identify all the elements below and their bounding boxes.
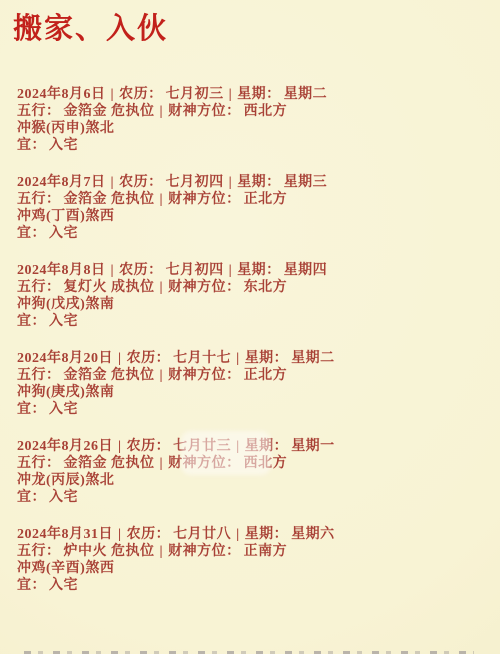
pipe-separator: |	[160, 544, 164, 559]
lunar-value: 七月十七	[173, 351, 231, 366]
yi-value: 入宅	[49, 138, 78, 153]
week-value: 星期二	[284, 87, 328, 102]
entry-date: 2024年8月6日	[17, 87, 106, 102]
entry-chong-line: 冲猴(丙申)煞北	[17, 120, 327, 137]
entry-date-line: 2024年8月6日|农历：七月初三|星期：星期二	[17, 86, 327, 103]
entry-date: 2024年8月20日	[17, 351, 113, 366]
caishen-value: 正南方	[244, 544, 288, 559]
week-value: 星期三	[284, 175, 328, 190]
caishen-value: 正北方	[244, 192, 288, 207]
pipe-separator: |	[160, 104, 164, 119]
entry-date: 2024年8月7日	[17, 175, 106, 190]
pipe-separator: |	[236, 439, 240, 454]
caishen-label: 财神方位：	[168, 456, 241, 471]
pipe-separator: |	[236, 351, 240, 366]
pipe-separator: |	[160, 280, 164, 295]
lunar-label: 农历：	[119, 175, 163, 190]
week-label: 星期：	[237, 263, 281, 278]
caishen-label: 财神方位：	[168, 192, 241, 207]
wuxing-value: 炉中火 危执位	[64, 544, 155, 559]
almanac-entry: 2024年8月6日|农历：七月初三|星期：星期二 五行：金箔金 危执位|财神方位…	[17, 86, 327, 154]
caishen-value: 西北方	[244, 104, 288, 119]
entry-yi-line: 宜：入宅	[17, 577, 335, 594]
lunar-value: 七月廿三	[173, 439, 231, 454]
entry-date: 2024年8月31日	[17, 527, 113, 542]
week-label: 星期：	[237, 175, 281, 190]
week-value: 星期二	[291, 351, 335, 366]
pipe-separator: |	[111, 87, 115, 102]
almanac-entry: 2024年8月8日|农历：七月初四|星期：星期四 五行：复灯火 成执位|财神方位…	[17, 262, 327, 330]
entry-wuxing-line: 五行：金箔金 危执位|财神方位：正北方	[17, 191, 327, 208]
lunar-value: 七月初四	[166, 263, 224, 278]
entry-chong-line: 冲鸡(丁酉)煞西	[17, 208, 327, 225]
almanac-entry: 2024年8月7日|农历：七月初四|星期：星期三 五行：金箔金 危执位|财神方位…	[17, 174, 327, 242]
entry-date-line: 2024年8月20日|农历：七月十七|星期：星期二	[17, 350, 335, 367]
caishen-value: 西北方	[244, 456, 288, 471]
entry-chong-line: 冲狗(戊戌)煞南	[17, 296, 327, 313]
wuxing-value: 金箔金 危执位	[64, 104, 155, 119]
caishen-label: 财神方位：	[168, 104, 241, 119]
entry-yi-line: 宜：入宅	[17, 313, 327, 330]
lunar-value: 七月廿八	[173, 527, 231, 542]
wuxing-value: 金箔金 危执位	[64, 192, 155, 207]
yi-label: 宜：	[17, 314, 46, 329]
caishen-label: 财神方位：	[168, 544, 241, 559]
yi-value: 入宅	[49, 314, 78, 329]
pipe-separator: |	[111, 175, 115, 190]
lunar-label: 农历：	[127, 439, 171, 454]
yi-label: 宜：	[17, 138, 46, 153]
week-label: 星期：	[245, 527, 289, 542]
entry-wuxing-line: 五行：金箔金 危执位|财神方位：西北方	[17, 103, 327, 120]
week-label: 星期：	[237, 87, 281, 102]
lunar-value: 七月初三	[166, 87, 224, 102]
yi-label: 宜：	[17, 490, 46, 505]
entry-wuxing-line: 五行：金箔金 危执位|财神方位：西北方	[17, 455, 335, 472]
yi-value: 入宅	[49, 226, 78, 241]
pipe-separator: |	[160, 456, 164, 471]
wuxing-value: 金箔金 危执位	[64, 368, 155, 383]
entry-wuxing-line: 五行：炉中火 危执位|财神方位：正南方	[17, 543, 335, 560]
entry-date-line: 2024年8月7日|农历：七月初四|星期：星期三	[17, 174, 327, 191]
entry-chong-line: 冲龙(丙辰)煞北	[17, 472, 335, 489]
entry-date-line: 2024年8月26日|农历：七月廿三|星期：星期一	[17, 438, 335, 455]
entry-wuxing-line: 五行：金箔金 危执位|财神方位：正北方	[17, 367, 335, 384]
entry-date: 2024年8月8日	[17, 263, 106, 278]
yi-label: 宜：	[17, 402, 46, 417]
wuxing-value: 复灯火 成执位	[64, 280, 155, 295]
page-title: 搬家、入伙	[13, 12, 168, 47]
almanac-page: 搬家、入伙 2024年8月6日|农历：七月初三|星期：星期二 五行：金箔金 危执…	[0, 0, 500, 654]
pipe-separator: |	[111, 263, 115, 278]
yi-label: 宜：	[17, 226, 46, 241]
entry-date: 2024年8月26日	[17, 439, 113, 454]
yi-value: 入宅	[49, 578, 78, 593]
pipe-separator: |	[118, 439, 122, 454]
week-label: 星期：	[245, 439, 289, 454]
entry-chong-line: 冲狗(庚戌)煞南	[17, 384, 335, 401]
week-label: 星期：	[245, 351, 289, 366]
entry-yi-line: 宜：入宅	[17, 137, 327, 154]
entry-yi-line: 宜：入宅	[17, 489, 335, 506]
wuxing-label: 五行：	[17, 368, 61, 383]
week-value: 星期四	[284, 263, 328, 278]
almanac-entry: 2024年8月31日|农历：七月廿八|星期：星期六 五行：炉中火 危执位|财神方…	[17, 526, 335, 594]
wuxing-label: 五行：	[17, 104, 61, 119]
lunar-label: 农历：	[119, 263, 163, 278]
wuxing-label: 五行：	[17, 456, 61, 471]
pipe-separator: |	[118, 527, 122, 542]
pipe-separator: |	[160, 192, 164, 207]
lunar-label: 农历：	[119, 87, 163, 102]
entry-yi-line: 宜：入宅	[17, 225, 327, 242]
lunar-label: 农历：	[127, 351, 171, 366]
almanac-entry: 2024年8月20日|农历：七月十七|星期：星期二 五行：金箔金 危执位|财神方…	[17, 350, 335, 418]
yi-value: 入宅	[49, 402, 78, 417]
entry-date-line: 2024年8月31日|农历：七月廿八|星期：星期六	[17, 526, 335, 543]
wuxing-value: 金箔金 危执位	[64, 456, 155, 471]
lunar-value: 七月初四	[166, 175, 224, 190]
entry-wuxing-line: 五行：复灯火 成执位|财神方位：东北方	[17, 279, 327, 296]
yi-label: 宜：	[17, 578, 46, 593]
wuxing-label: 五行：	[17, 280, 61, 295]
yi-value: 入宅	[49, 490, 78, 505]
week-value: 星期六	[291, 527, 335, 542]
pipe-separator: |	[118, 351, 122, 366]
caishen-label: 财神方位：	[168, 280, 241, 295]
caishen-value: 正北方	[244, 368, 288, 383]
week-value: 星期一	[291, 439, 335, 454]
pipe-separator: |	[236, 527, 240, 542]
caishen-label: 财神方位：	[168, 368, 241, 383]
pipe-separator: |	[229, 87, 233, 102]
entry-yi-line: 宜：入宅	[17, 401, 335, 418]
caishen-value: 东北方	[244, 280, 288, 295]
pipe-separator: |	[160, 368, 164, 383]
wuxing-label: 五行：	[17, 192, 61, 207]
lunar-label: 农历：	[127, 527, 171, 542]
entry-date-line: 2024年8月8日|农历：七月初四|星期：星期四	[17, 262, 327, 279]
pipe-separator: |	[229, 263, 233, 278]
entry-chong-line: 冲鸡(辛酉)煞西	[17, 560, 335, 577]
almanac-entry: 2024年8月26日|农历：七月廿三|星期：星期一 五行：金箔金 危执位|财神方…	[17, 438, 335, 506]
pipe-separator: |	[229, 175, 233, 190]
wuxing-label: 五行：	[17, 544, 61, 559]
